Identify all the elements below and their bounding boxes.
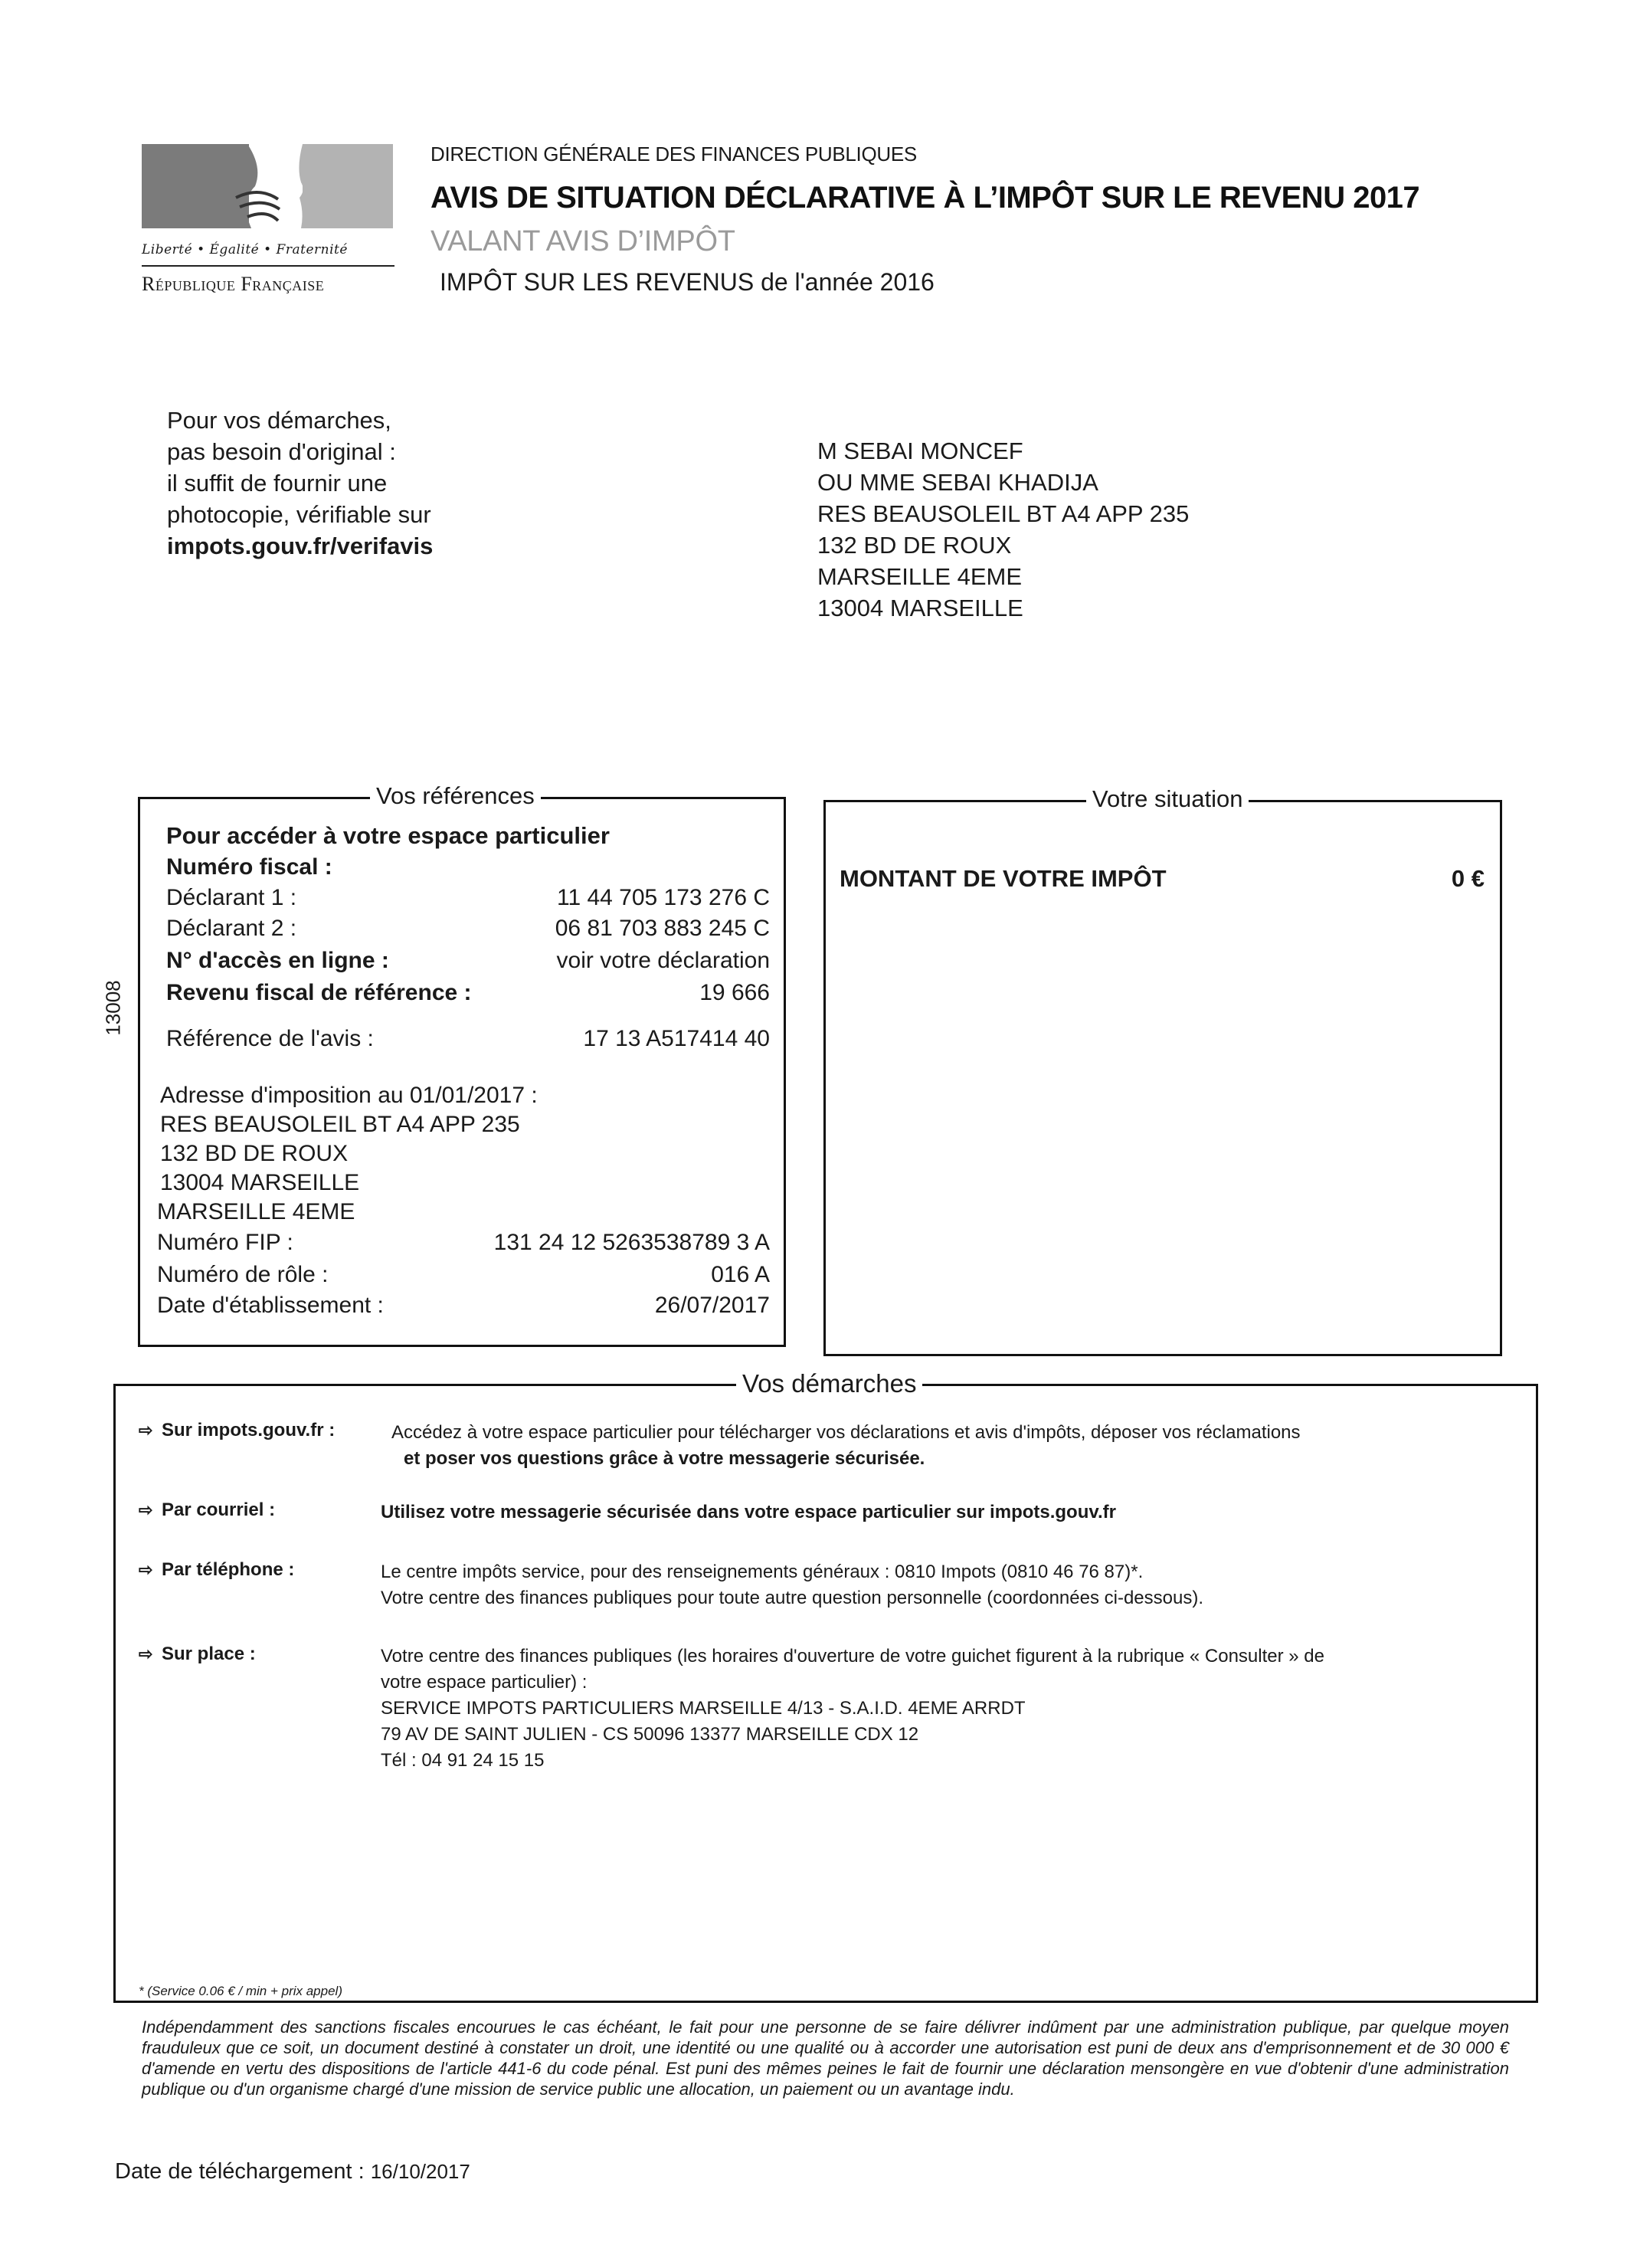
republique-francaise: République Française — [142, 273, 394, 296]
download-date-label: Date de téléchargement : — [115, 2159, 365, 2184]
procedures-legend: Vos démarches — [736, 1369, 922, 1398]
issuing-authority: DIRECTION GÉNÉRALE DES FINANCES PUBLIQUE… — [430, 143, 917, 166]
arrow-right-icon: ⇨ — [139, 1644, 162, 1664]
procedure-label: ⇨Par courriel : — [139, 1499, 275, 1521]
recipient-line: 132 BD DE ROUX — [817, 529, 1189, 561]
procedure-phone: ⇨Par téléphone : Le centre impôts servic… — [139, 1559, 1517, 1621]
download-date-value: 16/10/2017 — [371, 2160, 470, 2183]
side-postal-code: 13008 — [102, 980, 126, 1035]
avis-reference-label: Référence de l'avis : — [166, 1026, 374, 1052]
tax-year-line: IMPÔT SUR LES REVENUS de l'année 2016 — [440, 268, 935, 297]
document-subtitle: VALANT AVIS D’IMPÔT — [430, 225, 735, 258]
office-address: 79 AV DE SAINT JULIEN - CS 50096 13377 M… — [381, 1722, 1324, 1748]
avis-reference-value: 17 13 A517414 40 — [583, 1026, 770, 1052]
republique-francaise-logo: Liberté • Égalité • Fraternité Républiqu… — [142, 144, 394, 305]
declarant2-value: 06 81 703 883 245 C — [555, 916, 770, 942]
tax-amount-label: MONTANT DE VOTRE IMPÔT — [840, 865, 1167, 893]
procedure-line: Accédez à votre espace particulier pour … — [391, 1420, 1301, 1446]
verification-line: il suffit de fournir une — [167, 467, 433, 499]
procedure-label: ⇨Sur impots.gouv.fr : — [139, 1420, 335, 1441]
declarant2-label: Déclarant 2 : — [166, 916, 296, 942]
recipient-line: 13004 MARSEILLE — [817, 592, 1189, 624]
access-heading: Pour accéder à votre espace particulier — [166, 822, 610, 850]
recipient-line: RES BEAUSOLEIL BT A4 APP 235 — [817, 498, 1189, 529]
arrow-right-icon: ⇨ — [139, 1560, 162, 1580]
verification-note: Pour vos démarches, pas besoin d'origina… — [167, 405, 433, 562]
download-date: Date de téléchargement : 16/10/2017 — [115, 2159, 470, 2184]
verification-line: pas besoin d'original : — [167, 436, 433, 467]
procedure-label: ⇨Par téléphone : — [139, 1559, 294, 1581]
arrow-right-icon: ⇨ — [139, 1500, 162, 1520]
recipient-line: OU MME SEBAI KHADIJA — [817, 467, 1189, 498]
service-footnote: * (Service 0.06 € / min + prix appel) — [139, 1984, 342, 1999]
procedure-line: Votre centre des finances publiques pour… — [381, 1585, 1203, 1611]
references-box: Vos références Pour accéder à votre espa… — [138, 797, 786, 1347]
tax-address-line: MARSEILLE 4EME — [157, 1199, 355, 1225]
office-name: SERVICE IMPOTS PARTICULIERS MARSEILLE 4/… — [381, 1696, 1324, 1722]
declarant1-value: 11 44 705 173 276 C — [557, 885, 770, 911]
recipient-line: M SEBAI MONCEF — [817, 435, 1189, 467]
tax-address-line: 13004 MARSEILLE — [160, 1170, 359, 1196]
tax-address-line: RES BEAUSOLEIL BT A4 APP 235 — [160, 1112, 520, 1138]
procedure-text: Utilisez votre messagerie sécurisée dans… — [381, 1499, 1116, 1526]
flag-red-band — [303, 144, 393, 228]
procedure-text: Votre centre des finances publiques (les… — [381, 1644, 1324, 1774]
procedure-in-person: ⇨Sur place : Votre centre des finances p… — [139, 1644, 1517, 1797]
procedure-text: Le centre impôts service, pour des rense… — [381, 1559, 1203, 1611]
establishment-date-label: Date d'établissement : — [157, 1293, 384, 1319]
online-access-label: N° d'accès en ligne : — [166, 948, 389, 974]
procedure-label: ⇨Sur place : — [139, 1644, 256, 1665]
procedure-email: ⇨Par courriel : Utilisez votre messageri… — [139, 1499, 1517, 1530]
procedure-online: ⇨Sur impots.gouv.fr : Accédez à votre es… — [139, 1420, 1517, 1481]
arrow-right-icon: ⇨ — [139, 1421, 162, 1440]
logo-divider — [142, 265, 394, 267]
procedure-line: et poser vos questions grâce à votre mes… — [391, 1446, 1301, 1472]
references-legend: Vos références — [370, 782, 541, 810]
procedures-box: Vos démarches ⇨Sur impots.gouv.fr : Accé… — [113, 1384, 1538, 2003]
document-title: AVIS DE SITUATION DÉCLARATIVE À L’IMPÔT … — [430, 181, 1419, 215]
verification-line: photocopie, vérifiable sur — [167, 499, 433, 530]
role-label: Numéro de rôle : — [157, 1262, 328, 1288]
situation-legend: Votre situation — [1086, 785, 1249, 813]
recipient-line: MARSEILLE 4EME — [817, 561, 1189, 592]
role-value: 016 A — [711, 1262, 770, 1288]
fip-value: 131 24 12 5263538789 3 A — [494, 1230, 770, 1256]
office-phone: Tél : 04 91 24 15 15 — [381, 1748, 1324, 1774]
legal-notice: Indépendamment des sanctions fiscales en… — [142, 2017, 1509, 2099]
verification-link[interactable]: impots.gouv.fr/verifavis — [167, 530, 433, 562]
tax-address-line: 132 BD DE ROUX — [160, 1141, 348, 1167]
situation-box: Votre situation MONTANT DE VOTRE IMPÔT 0… — [823, 800, 1502, 1356]
verification-line: Pour vos démarches, — [167, 405, 433, 436]
devise: Liberté • Égalité • Fraternité — [142, 242, 394, 257]
rfr-label: Revenu fiscal de référence : — [166, 980, 472, 1006]
declarant1-label: Déclarant 1 : — [166, 885, 296, 911]
online-access-value: voir votre déclaration — [557, 948, 770, 974]
tax-amount-value: 0 € — [1452, 865, 1485, 893]
fiscal-number-heading: Numéro fiscal : — [166, 854, 332, 880]
tax-address-label: Adresse d'imposition au 01/01/2017 : — [160, 1083, 538, 1109]
procedure-line: votre espace particulier) : — [381, 1670, 1324, 1696]
rfr-value: 19 666 — [699, 980, 770, 1006]
procedure-line: Votre centre des finances publiques (les… — [381, 1644, 1324, 1670]
establishment-date-value: 26/07/2017 — [655, 1293, 770, 1319]
procedure-text: Accédez à votre espace particulier pour … — [391, 1420, 1301, 1472]
fip-label: Numéro FIP : — [157, 1230, 293, 1256]
recipient-address: M SEBAI MONCEF OU MME SEBAI KHADIJA RES … — [817, 435, 1189, 624]
procedure-line: Le centre impôts service, pour des rense… — [381, 1559, 1203, 1585]
